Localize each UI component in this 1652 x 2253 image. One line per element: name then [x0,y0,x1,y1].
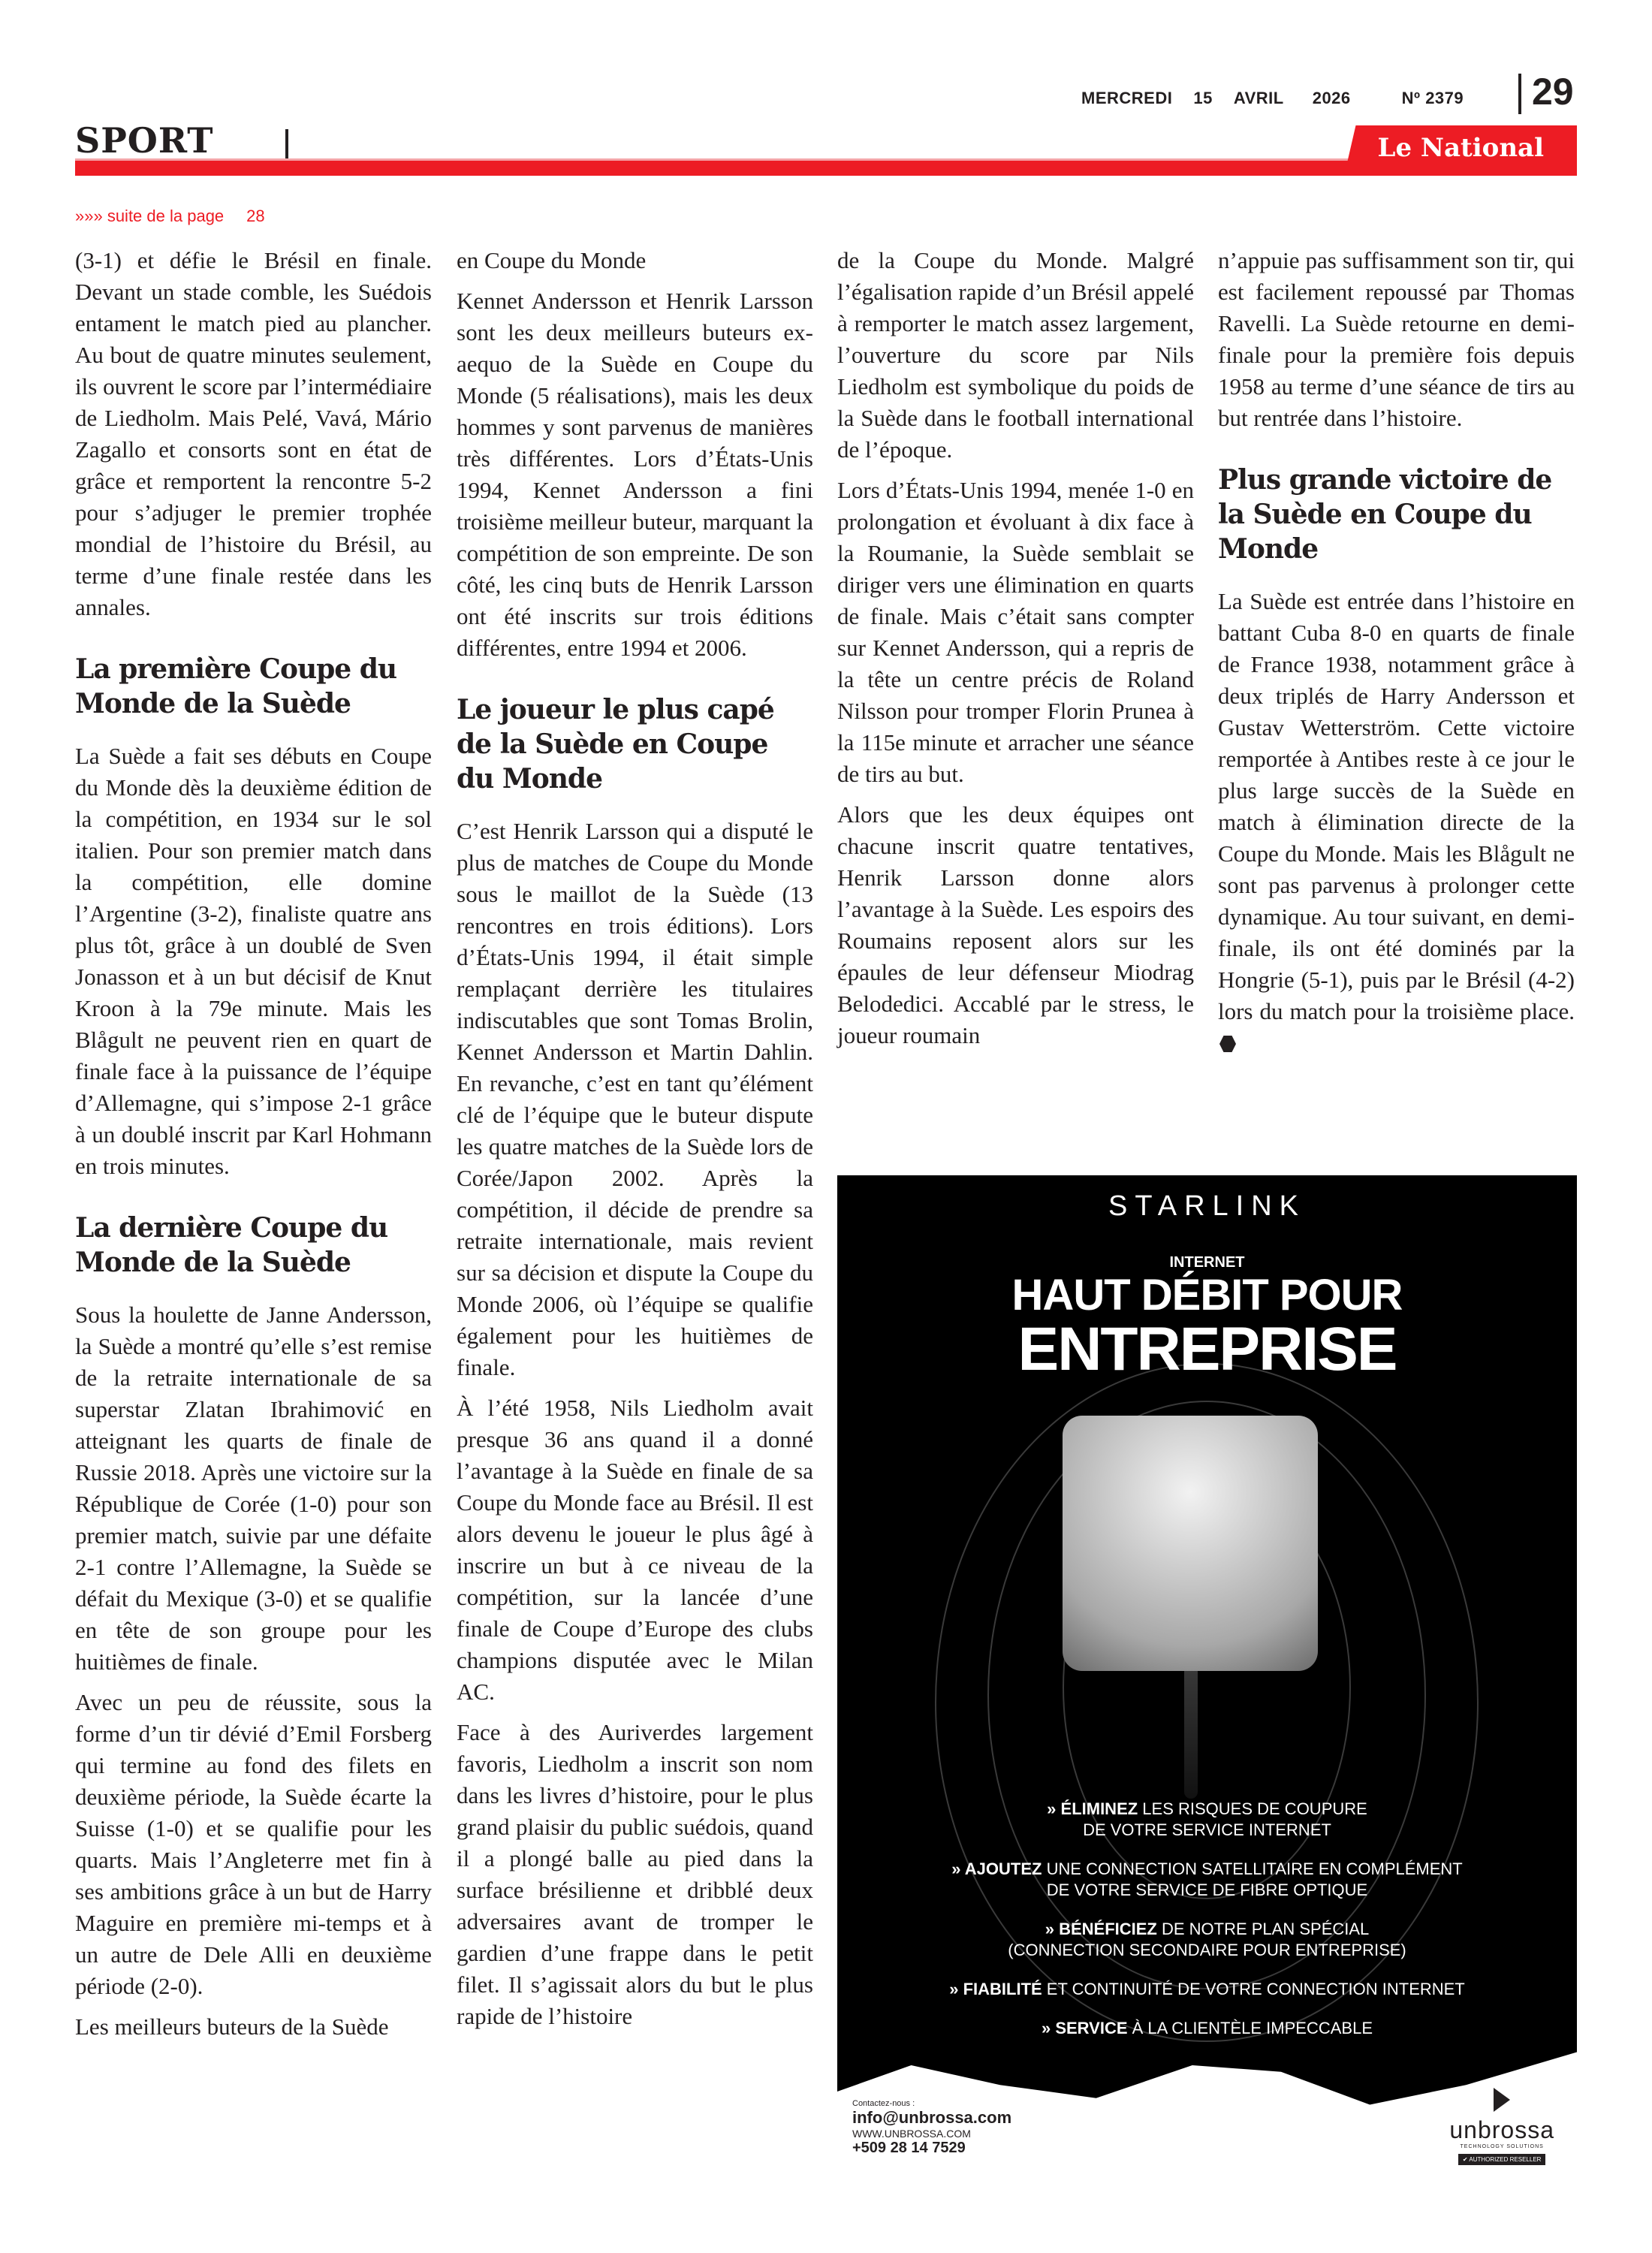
contact-website[interactable]: WWW.UNBROSSA.COM [852,2128,1011,2140]
page-number: 29 [1532,69,1574,114]
header-date-num: 15 [1193,89,1212,108]
paragraph: Face à des Auriverdes largement favoris,… [457,1717,813,2032]
ad-contact: Contactez-nous : info@unbrossa.com WWW.U… [852,2099,1011,2157]
bullet-bold: » ÉLIMINEZ [1047,1799,1138,1818]
subheading: La première Coupe du Monde de la Suède [75,652,432,721]
bullet-bold: » SERVICE [1042,2019,1128,2037]
article-column-3: de la Coupe du Monde. Malgré l’égalisati… [837,245,1194,1060]
paragraph: Alors que les deux équipes ont chacune i… [837,799,1194,1051]
paragraph: Sous la houlette de Janne Andersson, la … [75,1299,432,1678]
paragraph: La Suède est entrée dans l’histoire en b… [1218,586,1575,1059]
bullet-line2: DE VOTRE SERVICE INTERNET [1083,1820,1331,1839]
contact-email[interactable]: info@unbrossa.com [852,2108,1011,2128]
contact-label: Contactez-nous : [852,2099,1011,2108]
logo-tagline: TECHNOLOGY SOLUTIONS [1449,2144,1554,2149]
subheading: Plus grande victoire de la Suède en Coup… [1218,463,1575,566]
header-separator [1518,74,1521,114]
bullet-line2: (CONNECTION SECONDAIRE POUR ENTREPRISE) [1008,1941,1406,1959]
paragraph: Kennet Andersson et Henrik Larsson sont … [457,285,813,664]
header-month: AVRIL [1234,89,1284,108]
ad-bullet-list: » ÉLIMINEZ LES RISQUES DE COUPUREDE VOTR… [837,1799,1577,2057]
article-column-1: (3-1) et défie le Brésil en finale. Deva… [75,245,432,2052]
paragraph: n’appuie pas suffisamment son tir, qui e… [1218,245,1575,434]
bullet-bold: » FIABILITÉ [949,1980,1042,1998]
subheading: La dernière Coupe du Monde de la Suède [75,1211,432,1280]
reseller-badge: ✔ AUTHORIZED RESELLER [1458,2154,1546,2165]
paragraph: La Suède a fait ses débuts en Coupe du M… [75,740,432,1182]
bullet-bold: » BÉNÉFICIEZ [1045,1920,1157,1938]
continuation-page: 28 [246,207,264,225]
satellite-dish-icon [1063,1416,1318,1671]
header-issue: Nº 2379 [1402,89,1464,108]
ad-bullet: » FIABILITÉ ET CONTINUITÉ DE VOTRE CONNE… [837,1979,1577,2000]
logo-name: unbrossa [1449,2116,1554,2144]
ad-bullet: » AJOUTEZ UNE CONNECTION SATELLITAIRE EN… [837,1859,1577,1901]
ad-headline-2: ENTREPRISE [837,1318,1577,1381]
bullet-text: ET CONTINUITÉ DE VOTRE CONNECTION INTERN… [1042,1980,1465,1998]
bullet-text: DE NOTRE PLAN SPÉCIAL [1157,1920,1369,1938]
subheading: Le joueur le plus capé de la Suède en Co… [457,692,813,796]
section-title: SPORT [75,120,214,161]
publication-tab: Le National [1344,125,1577,176]
contact-phone[interactable]: +509 28 14 7529 [852,2140,1011,2157]
header-date: MERCREDI 15 AVRIL 2026 Nº 2379 [1081,89,1464,108]
header-day: MERCREDI [1081,89,1172,108]
paragraph: de la Coupe du Monde. Malgré l’égalisati… [837,245,1194,466]
bullet-text: UNE CONNECTION SATELLITAIRE EN COMPLÉMEN… [1042,1859,1462,1878]
continuation-label: »»» suite de la page [75,207,224,225]
badge-text: AUTHORIZED RESELLER [1469,2156,1541,2163]
paragraph: À l’été 1958, Nils Liedholm avait presqu… [457,1392,813,1708]
paragraph: Les meilleurs buteurs de la Suède [75,2011,432,2043]
paragraph: en Coupe du Monde [457,245,813,276]
ad-headline-1: HAUT DÉBIT POUR [837,1273,1577,1318]
paragraph: C’est Henrik Larsson qui a disputé le pl… [457,816,813,1383]
bullet-text: À LA CLIENTÈLE IMPECCABLE [1128,2019,1373,2037]
paragraph: (3-1) et défie le Brésil en finale. Deva… [75,245,432,623]
bullet-bold: » AJOUTEZ [951,1859,1042,1878]
paragraph: Avec un peu de réussite, sous la forme d… [75,1687,432,2002]
paragraph: Lors d’États-Unis 1994, menée 1-0 en pro… [837,475,1194,790]
starlink-advertisement[interactable]: STARLINK INTERNET HAUT DÉBIT POUR ENTREP… [837,1175,1577,2170]
paragraph-text: La Suède est entrée dans l’histoire en b… [1218,588,1575,1024]
end-of-article-icon [1219,1036,1236,1052]
ad-brand: STARLINK [837,1190,1577,1223]
continuation-link[interactable]: »»» suite de la page28 [75,207,265,226]
unbrossa-logo: unbrossa TECHNOLOGY SOLUTIONS ✔ AUTHORIZ… [1449,2088,1554,2165]
ad-bullet: » ÉLIMINEZ LES RISQUES DE COUPUREDE VOTR… [837,1799,1577,1841]
play-logo-icon [1494,2088,1510,2112]
article-column-4: n’appuie pas suffisamment son tir, qui e… [1218,245,1575,1068]
ad-bullet: » BÉNÉFICIEZ DE NOTRE PLAN SPÉCIAL(CONNE… [837,1919,1577,1961]
bullet-text: LES RISQUES DE COUPURE [1138,1799,1367,1818]
publication-name: Le National [1378,133,1544,163]
ad-bullet: » SERVICE À LA CLIENTÈLE IMPECCABLE [837,2018,1577,2039]
ad-kicker: INTERNET [837,1254,1577,1271]
bullet-line2: DE VOTRE SERVICE DE FIBRE OPTIQUE [1047,1881,1367,1899]
article-column-2: en Coupe du Monde Kennet Andersson et He… [457,245,813,2041]
header-year: 2026 [1313,89,1351,108]
